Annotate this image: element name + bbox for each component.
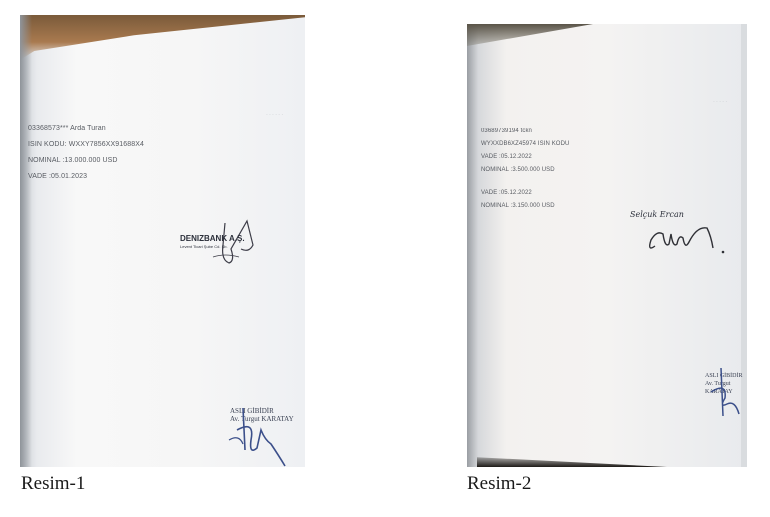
doc-line-vade-1: VADE :05.12.2022 [481, 151, 569, 164]
doc-line-vade-2: VADE :05.12.2022 [481, 187, 569, 200]
doc-line-id-name: 03368573*** Arda Turan [28, 121, 144, 137]
stamp-title: DENIZBANK A.Ş. [180, 234, 245, 243]
stamp-subtitle: Levent Ticari Şube Cd. Şb. [180, 243, 245, 251]
doc-line-isin: ISIN KODU: WXXY7856XX91688X4 [28, 137, 144, 153]
document-photo-2: · · · · · 03689739194 tckn WYXXDB6XZ4597… [467, 24, 747, 467]
photo-shadow-top [20, 15, 305, 60]
faint-background-text: · · · · · [713, 99, 727, 105]
document-text-block: 03368573*** Arda Turan ISIN KODU: WXXY78… [28, 121, 144, 185]
signature-icon [617, 204, 737, 264]
doc-line-tckn: 03689739194 tckn [481, 125, 569, 138]
doc-line-vade: VADE :05.01.2023 [28, 169, 144, 185]
photo-shadow-top [467, 24, 747, 46]
photo-shadow-bottom [477, 453, 667, 467]
lawyer-signature-icon [215, 400, 300, 467]
figure-caption-1: Resim-1 [21, 473, 85, 495]
lawyer-signature-icon [697, 364, 747, 424]
doc-line-isin: WYXXDB6XZ45974 ISIN KODU [481, 138, 569, 151]
faint-background-text: · · · · · · [266, 112, 283, 118]
document-text-block: 03689739194 tckn WYXXDB6XZ45974 ISIN KOD… [481, 125, 569, 213]
bank-stamp: DENIZBANK A.Ş. Levent Ticari Şube Cd. Şb… [180, 235, 245, 251]
figure-caption-2: Resim-2 [467, 473, 531, 495]
photo-shadow-left [20, 15, 32, 467]
document-photo-1: · · · · · · 03368573*** Arda Turan ISIN … [20, 15, 305, 467]
doc-line-nominal: NOMINAL :13.000.000 USD [28, 153, 144, 169]
doc-line-nominal-1: NOMINAL :3.500.000 USD [481, 164, 569, 177]
doc-line-nominal-2: NOMINAL :3.150.000 USD [481, 200, 569, 213]
